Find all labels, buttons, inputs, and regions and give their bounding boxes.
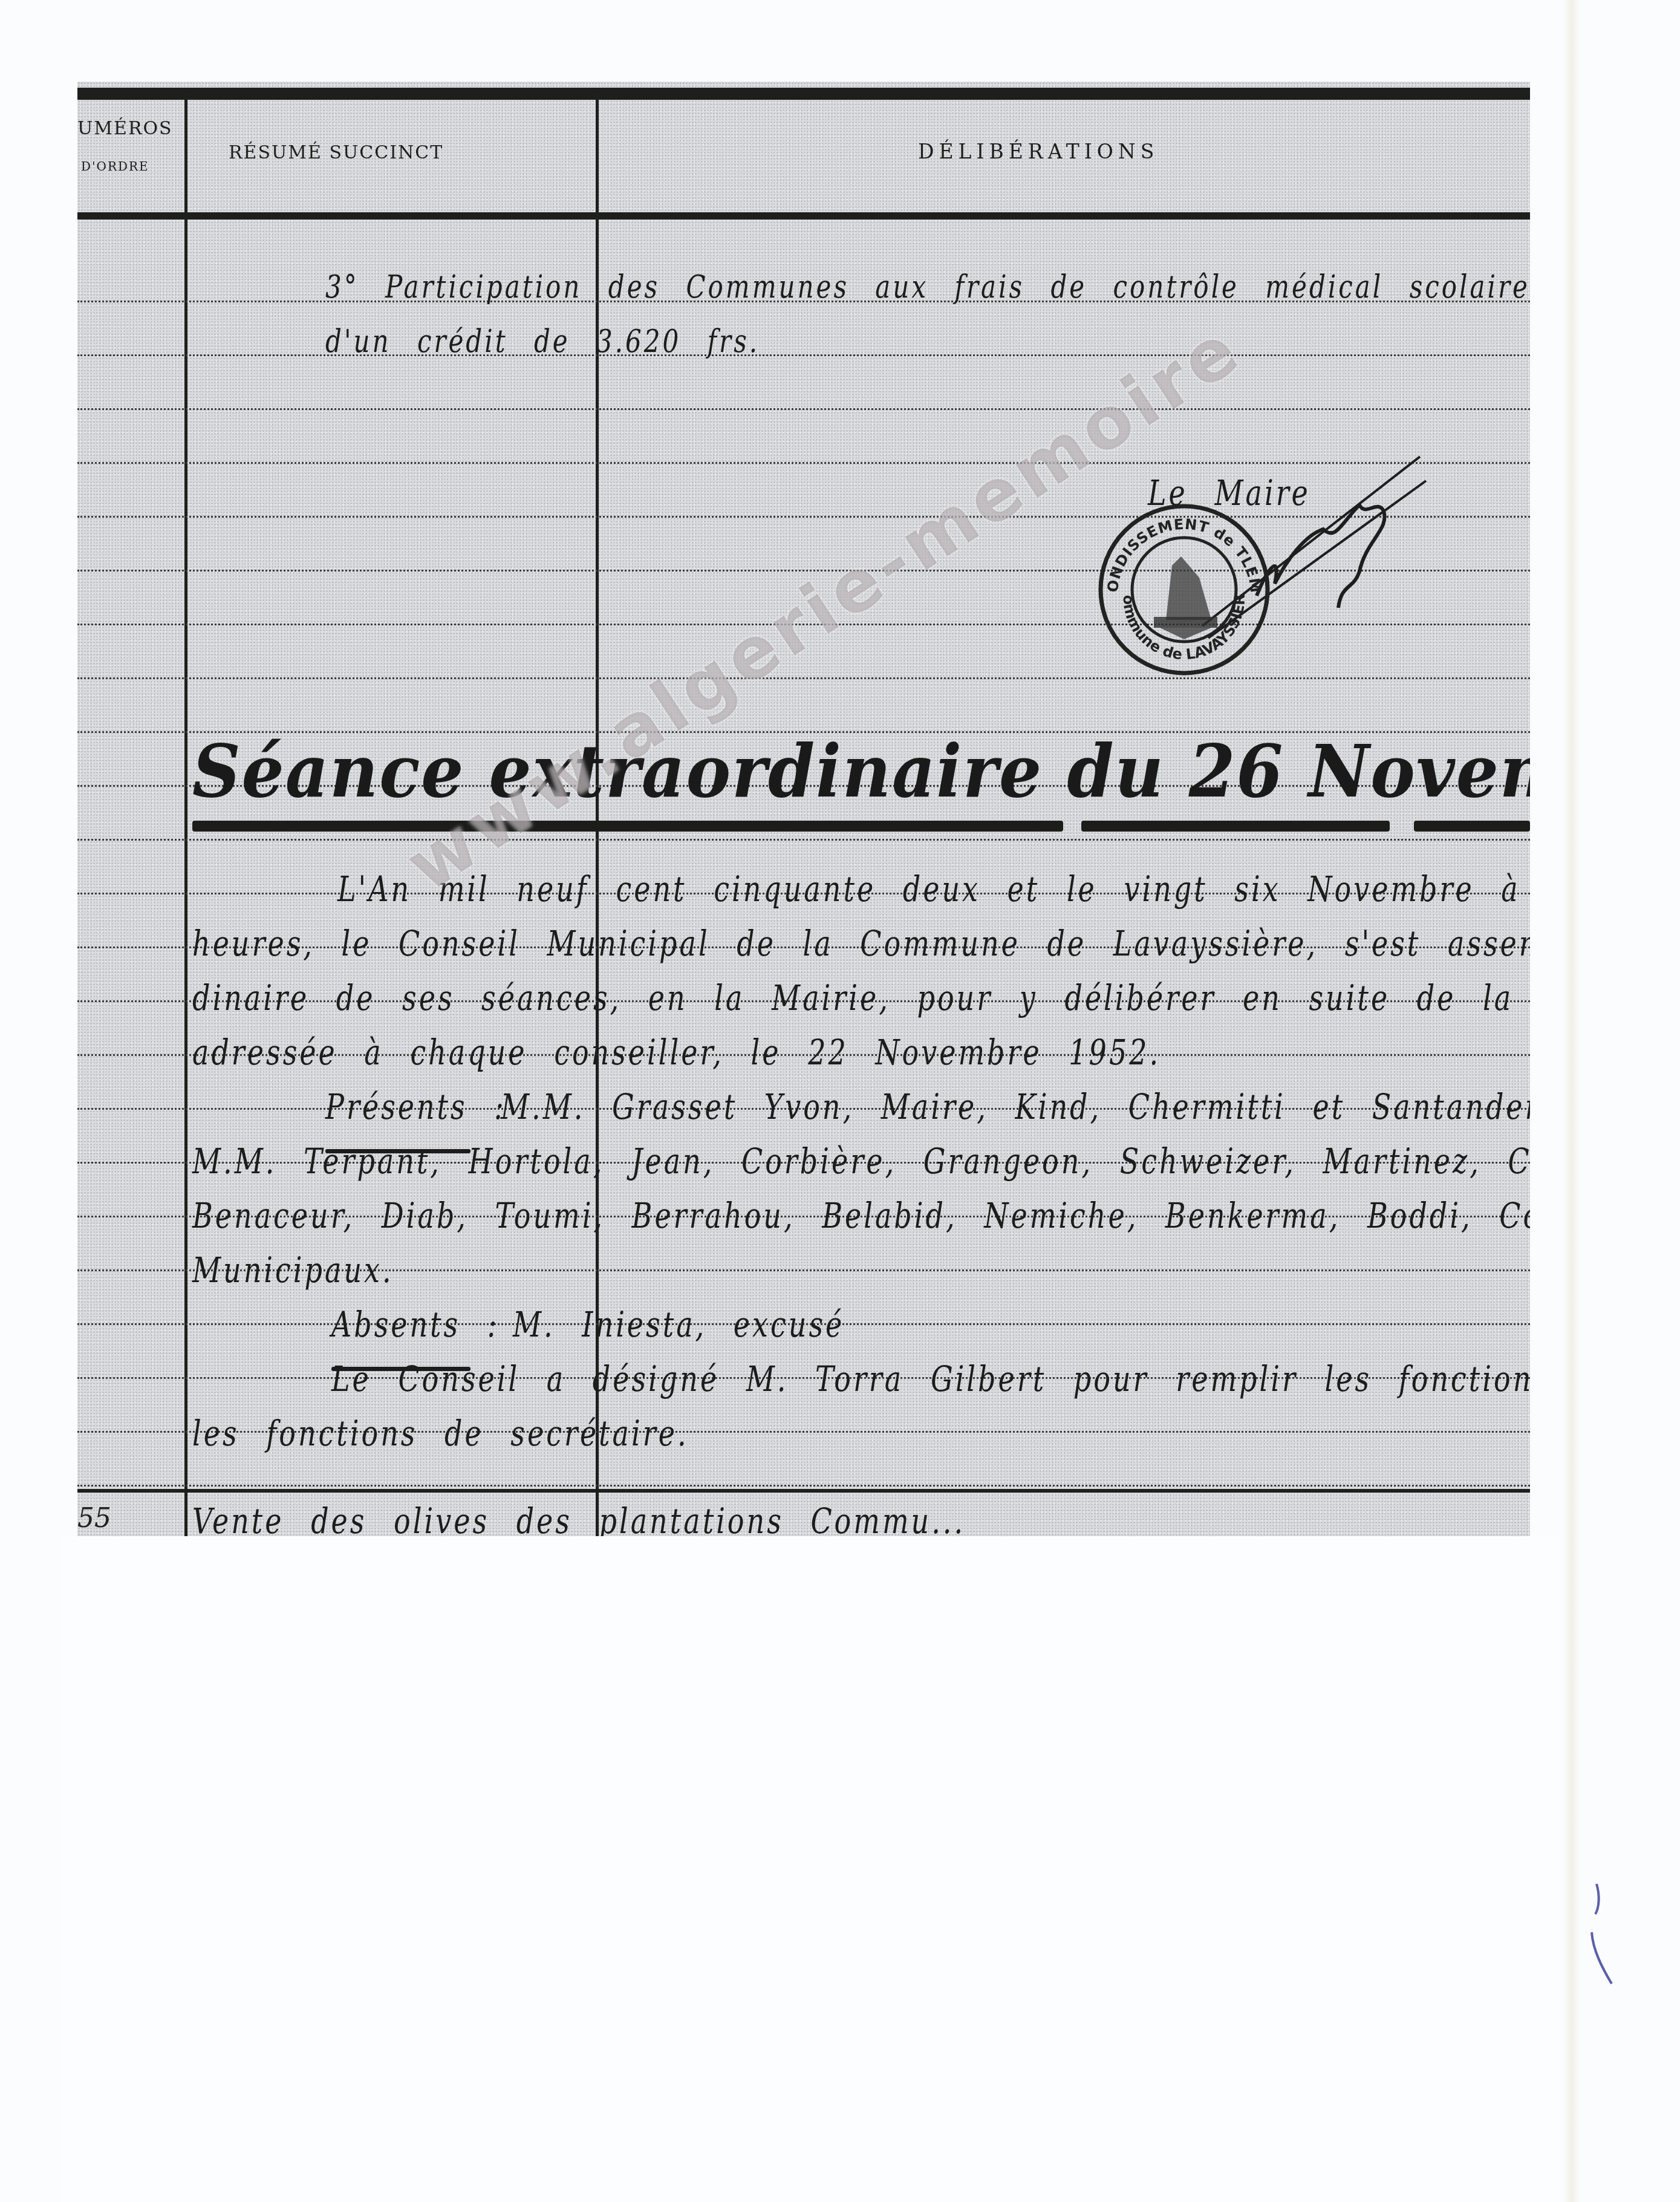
presents-line-3: Benaceur, Diab, Toumi, Berrahou, Belabid… bbox=[192, 1196, 1530, 1237]
presents-line-1: M.M. Grasset Yvon, Maire, Kind, Chermitt… bbox=[501, 1087, 1530, 1128]
header-rule bbox=[77, 212, 1530, 220]
session-title-underline bbox=[192, 821, 1063, 832]
body-line-1: L'An mil neuf cent cinquante deux et le … bbox=[337, 869, 1530, 910]
secretary-line-2: les fonctions de secrétaire. bbox=[192, 1413, 689, 1454]
body-line-2: heures, le Conseil Municipal de la Commu… bbox=[192, 923, 1530, 965]
secretary-line-1: Le Conseil a désigné M. Torra Gilbert po… bbox=[331, 1359, 1530, 1400]
order-number: 55 bbox=[77, 1503, 111, 1534]
top-rule bbox=[77, 88, 1530, 100]
previous-item-line-1: 3° Participation des Communes aux frais … bbox=[325, 268, 1530, 305]
header-numbers-sublabel: D'ORDRE bbox=[81, 159, 149, 174]
column-divider-numbers bbox=[184, 94, 187, 1545]
session-title: Séance extraordinaire du 26 Novembre 195… bbox=[192, 729, 1530, 814]
presents-line-2: M.M. Terpant, Hortola, Jean, Corbière, G… bbox=[192, 1141, 1530, 1182]
blank-scan-area bbox=[60, 1536, 1560, 2202]
session-title-underline-3 bbox=[1414, 821, 1530, 832]
ruled-line bbox=[77, 677, 1530, 679]
ruled-line bbox=[77, 839, 1530, 841]
pen-mark bbox=[1584, 1878, 1615, 1987]
scanner-edge bbox=[1563, 0, 1580, 2202]
previous-item-line-2: d'un crédit de 3.620 frs. bbox=[325, 322, 760, 359]
ruled-line bbox=[77, 354, 1530, 356]
header-summary-label: RÉSUMÉ SUCCINCT bbox=[229, 142, 443, 163]
absents-label: Absents : bbox=[331, 1305, 499, 1346]
body-line-4: adressée à chaque conseiller, le 22 Nove… bbox=[192, 1032, 1161, 1073]
ruled-line bbox=[77, 1485, 1530, 1487]
header-deliberations-label: DÉLIBÉRATIONS bbox=[918, 140, 1159, 163]
presents-label: Présents : bbox=[325, 1087, 506, 1128]
commune-stamp: ARRONDISSEMENT de TLEMCEN Commune de LAV… bbox=[1093, 499, 1275, 680]
ruled-line bbox=[77, 408, 1530, 410]
body-line-3: dinaire de ses séances, en la Mairie, po… bbox=[192, 978, 1530, 1019]
absents-text: M. Iniesta, excusé bbox=[513, 1305, 844, 1346]
item-separator-rule bbox=[77, 1489, 1530, 1493]
next-item-text: Vente des olives des plantations Commu..… bbox=[192, 1501, 965, 1542]
register-page: UMÉROS D'ORDRE RÉSUMÉ SUCCINCT DÉLIBÉRAT… bbox=[77, 82, 1530, 1545]
presents-line-4: Municipaux. bbox=[192, 1250, 394, 1291]
header-numbers-label: UMÉROS bbox=[77, 118, 173, 139]
session-title-underline-2 bbox=[1081, 821, 1390, 832]
